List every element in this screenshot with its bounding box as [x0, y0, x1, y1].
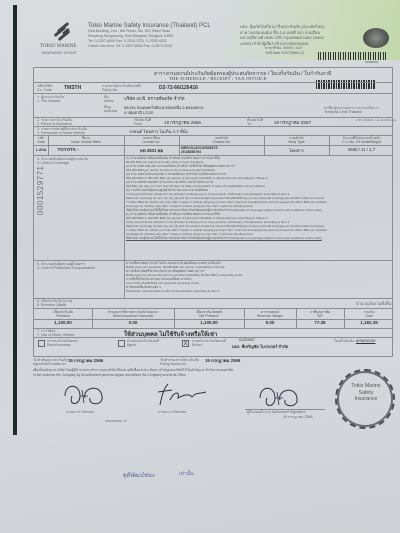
- divider: [34, 117, 392, 118]
- coverage-line: เงื่อนไขความคุ้มครองให้เป็นไปตามกรมธรรม์…: [126, 236, 391, 240]
- stamp-text: Tokio Marine Safety Insurance: [343, 383, 389, 403]
- col-header-code: รหัสCode: [34, 136, 48, 144]
- col-header-make: ชื่อรถMotor Vehicle Make: [48, 136, 124, 144]
- col-header-discount: ส่วนลดกรณีขายประกันภัยโดยตรงDirect Insur…: [92, 310, 174, 318]
- premium-total-label: จำนวนเงินรวมทั้งสิ้น: [356, 302, 391, 306]
- coverage-text: (1) จำนวนเงินค่าเสียหายเบื้องต้น สำหรับค…: [126, 156, 391, 240]
- issued-date-label: วันทำกรมธรรม์ประกันภัยPolicy issued on: [160, 358, 199, 367]
- divider: [34, 337, 392, 338]
- col-header-vat: ภาษีมูลค่าเพิ่มVAT: [296, 310, 344, 318]
- vehicle-make: TOYOTA -: [48, 147, 88, 152]
- company-code-value: TMSTH: [64, 85, 81, 91]
- receipt-label: ใบเสร็จรับเงิน: [334, 339, 355, 343]
- agent-checkbox: [118, 340, 125, 347]
- col-header-net-premium: เบี้ยประกันภัยสุทธิNet Premium: [174, 310, 244, 318]
- agreement-date: 19 กรกฎาคม 2566: [68, 357, 103, 364]
- signature-label-3: ผู้รับมอบอำนาจ Authorized Signature: [247, 410, 305, 414]
- vat-value: 77.35: [296, 320, 344, 325]
- direct-insurance-label: การประกันภัยโดยตรงDirect Insurance: [47, 339, 78, 348]
- director-signature-2-icon: [150, 380, 210, 408]
- period-from: 19 กรกฎาคม 2566: [164, 119, 201, 126]
- period-to: 19 กรกฎาคม 2567: [274, 119, 311, 126]
- divider: [34, 93, 392, 94]
- divider: [34, 126, 392, 127]
- vehicle-usage: รถยนต์ โดยสาร ไม่เกิน 1-7 ที่นั่ง: [129, 128, 188, 135]
- barcode-icon: [318, 52, 388, 60]
- attest-th: เพื่อเป็นหลักฐาน บริษัท โดยผู้มีอำนาจกระ…: [33, 368, 233, 372]
- broker-checkbox: X: [182, 340, 189, 347]
- handwritten-name: ชุติพัฒน์ชนะ: [122, 470, 155, 480]
- insured-address-2: จ.ปทุมธานี 12120: [124, 110, 153, 116]
- coverage-label: 4. จำนวนเงินคุ้มครองผู้ประสบภัย4. Limit …: [37, 157, 88, 166]
- direct-insurance-checkbox: [38, 340, 45, 347]
- total-value: 1,182.35: [344, 320, 394, 325]
- net-premium-value: 1,100.00: [174, 320, 244, 325]
- signature-label-2: กรรมการ Director: [158, 410, 186, 414]
- pedestrian-text: ความเสียหายต่อร่างกาย ไม่เกิน 30,000 บาท…: [126, 261, 391, 293]
- policy-no-label: กรมธรรม์ประกันภัยเลขที่Policy No.: [102, 84, 140, 93]
- barcode-number: 01566260: [365, 60, 378, 64]
- header-date: วันที่ Date 01/07/2566 1/1: [265, 51, 324, 56]
- pedestrian-label: 5. จำนวนเงินคุ้มครองผู้โดยสาร5. Limit of…: [37, 262, 95, 271]
- authorized-signature-icon: [255, 380, 305, 410]
- binder-edge: [13, 5, 17, 435]
- director-signature-1-icon: [60, 378, 110, 408]
- stamps-value: 5.00: [244, 320, 296, 325]
- attest-en: In the evidence the Company by its autho…: [33, 373, 186, 377]
- broker-number: 01/20907: [239, 338, 255, 342]
- col-divider: [124, 155, 125, 298]
- logo-name: TOKIO MARINE: [40, 44, 76, 49]
- company-info-en: Tokio Marine Safety Insurance (Thailand)…: [88, 23, 211, 49]
- broker-label: นายหน้าประกันภัยเลขที่Broker: [192, 339, 226, 348]
- period-time: เวลา 16.30 น. / at 16.30 hours: [356, 118, 396, 122]
- vehicle-cc: 2500 / 11 / 1,7: [329, 147, 394, 152]
- occupation: อาชีพ ผู้ประกอบการ ประกอบกิจการTerritori…: [324, 106, 379, 115]
- agreement-date-label: วันทำสัญญาประกันภัยAgreement made on: [33, 358, 67, 367]
- schedule-title-en: THE SCHEDULE / RECEIPT / TAX INVOICE: [169, 76, 267, 81]
- vehicle-code: 1.20A: [34, 147, 48, 152]
- agent-label: ตัวแทนประกันภัยเลขที่Agent: [127, 339, 159, 348]
- col-header-stamps: อากรแสตมป์Revenue Stamps: [244, 310, 296, 318]
- insured-name: บริษัท เอ.พี. ทรานซ์พอร์ต จำกัด: [124, 95, 185, 102]
- signature-label-1: กรรมการ Director: [66, 410, 94, 414]
- address-label: ที่อยู่Address: [104, 105, 117, 114]
- col-header-body: แบบตัวถังBody Type: [264, 136, 329, 144]
- col-header-cc: จำนวนที่นั่ง/ขนาด/น้ำหนักC.C./No. Of Sea…: [329, 136, 394, 144]
- vehicle-body-type: โดยสาร: [264, 147, 329, 154]
- schedule-table: ตารางกรมธรรม์ประกันภัยคุ้มครองผู้ประสบภั…: [33, 67, 393, 357]
- name-label: ชื่อName: [104, 95, 114, 104]
- broker-name: บมจ. พีเจริญชัย โบรกเกอร์ จำกัด: [232, 343, 288, 350]
- logo-mark-icon: [50, 22, 72, 42]
- insured-label: 1. ผู้เอาประกันภัย1. The Insured: [37, 95, 64, 104]
- scanned-document: 0001529771 TOKIO MARINE INSURANCE GROUP …: [0, 0, 400, 533]
- receipt-value: AR96/32300: [356, 339, 375, 343]
- policy-no-value: D2-72-66/126416: [159, 85, 198, 91]
- divider: [34, 82, 392, 83]
- company-address-th: แขวงสุริยวงศ์ เขตบางรัก กรุงเทพมหานคร 10…: [240, 35, 324, 41]
- tokio-marine-logo-icon: TOKIO MARINE INSURANCE GROUP: [40, 22, 80, 60]
- issued-date: 19 กรกฎาคม 2566: [205, 357, 240, 364]
- stamp-line: Insurance: [343, 396, 389, 403]
- company-code-label: รหัสบริษัทCo. Code: [37, 84, 52, 93]
- col-header-total: รวมเงินTotal: [344, 310, 394, 318]
- signature-date: 19 กรกฎาคม 2566: [283, 415, 312, 419]
- divider: [34, 308, 392, 309]
- pedestrian-line: Preliminary Compensation is part of comp…: [126, 289, 391, 293]
- company-claims-line: Claims Services: Tel. 0-2257-8050 Fax. 0…: [88, 44, 211, 49]
- col-header-chassis: เลขตัวถังChassis No.: [179, 136, 264, 144]
- col-header-license: เลขทะเบียนLicense No.: [124, 136, 179, 144]
- col-header-premium: เบี้ยประกันภัยPremium: [34, 310, 92, 318]
- logo-sub: INSURANCE GROUP: [42, 51, 76, 55]
- vehicle-license: ษท 2831 พย: [124, 147, 179, 154]
- handwritten-note: เท่านั้น: [179, 470, 194, 478]
- footer-ref: 0000566658_TT: [105, 419, 127, 423]
- divider: [34, 298, 392, 299]
- premium-value: 1,100.00: [34, 320, 92, 325]
- company-info-th: บมจ. คุ้มภัยโตเกียวมารีนประกันภัย (ประเท…: [240, 24, 324, 55]
- company-name-th: บมจ. คุ้มภัยโตเกียวมารีนประกันภัย (ประเท…: [240, 24, 324, 30]
- premium-label: 6. เบี้ยประกันภัย (บาท)6. Premium (Baht): [37, 299, 72, 308]
- company-seal-icon: [363, 28, 389, 48]
- discount-value: 0.00: [92, 320, 174, 325]
- vehicle-chassis: MR0CS12G100059375 2K28858794: [181, 146, 231, 154]
